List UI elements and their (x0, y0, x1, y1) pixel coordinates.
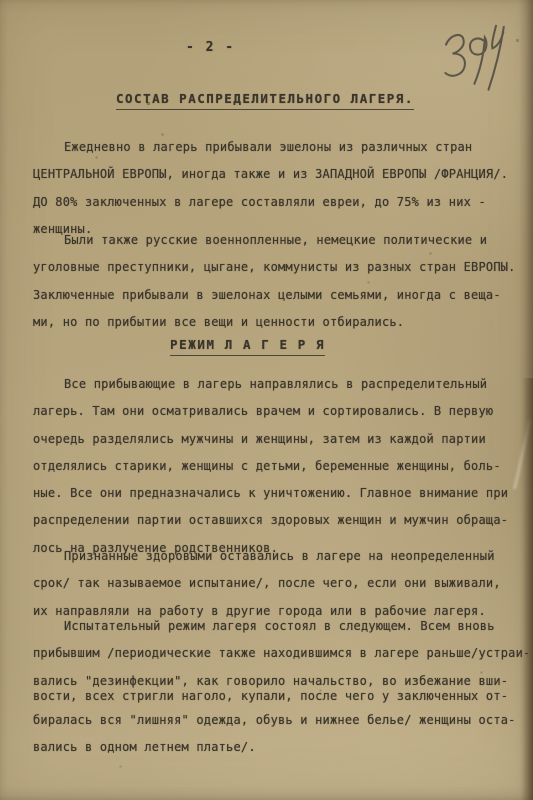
text-line: распределении партии оставшихся здоровых… (33, 507, 525, 534)
text-line: Были также русские военнопленные, немецк… (33, 227, 525, 254)
text-line: отделялись старики, женщины с детьми, бе… (33, 453, 525, 480)
text-line: ные. Все они предназначались к уничтожен… (33, 480, 525, 507)
text-line: ми, но по прибытии все вещи и ценности о… (33, 309, 525, 336)
text-line: Ежедневно в лагерь прибывали эшелоны из … (33, 134, 525, 161)
text-line: Заключенные прибывали в эшелонах целыми … (33, 282, 525, 309)
section-title-camp-regime: РЕЖИМ Л А Г Е Р Я (170, 337, 325, 356)
text-line: лагерь. Там они осматривались врачем и с… (33, 398, 525, 425)
paper-specks (0, 0, 1, 1)
paragraph-regime-details: Испытательный режим лагеря состоял в сле… (33, 613, 525, 762)
text-line: Признанные здоровыми оставались в лагере… (33, 543, 525, 570)
text-line: вались в одном летнем платье/. (33, 734, 525, 761)
text-line: ЦЕНТРАЛЬНОЙ ЕВРОПЫ, иногда также и из ЗА… (33, 161, 525, 188)
text-line: ДО 80% заключенных в лагере составляли е… (33, 189, 525, 216)
page-number: - 2 - (186, 40, 235, 55)
text-line: Испытательный режим лагеря состоял в сле… (33, 613, 525, 640)
handwritten-folio-number (432, 7, 520, 108)
text-line: срок/ так называемое испытание/, после ч… (33, 570, 525, 597)
section-title-camp-composition: СОСТАВ РАСПРЕДЕЛИТЕЛЬНОГО ЛАГЕРЯ. (116, 91, 414, 110)
text-line: уголовные преступники, цыгане, коммунист… (33, 254, 525, 281)
text-line: вости, всех стригли наголо, купали, посл… (33, 683, 525, 710)
text-line: Все прибывающие в лагерь направлялись в … (33, 371, 525, 398)
scanned-document-page: - 2 - СОСТАВ РАСПРЕДЕЛИТЕЛЬНОГО ЛАГЕРЯ. … (0, 0, 533, 800)
text-line: биралась вся "лишняя" одежда, обувь и ни… (33, 707, 525, 734)
paragraph-sorting: Все прибывающие в лагерь направлялись в … (33, 371, 525, 562)
text-line: очередь разделялись мужчины и женщины, з… (33, 426, 525, 453)
text-line: прибывшим /периодические также находивши… (33, 640, 525, 667)
paragraph-prisoner-groups: Были также русские военнопленные, немецк… (33, 227, 525, 336)
